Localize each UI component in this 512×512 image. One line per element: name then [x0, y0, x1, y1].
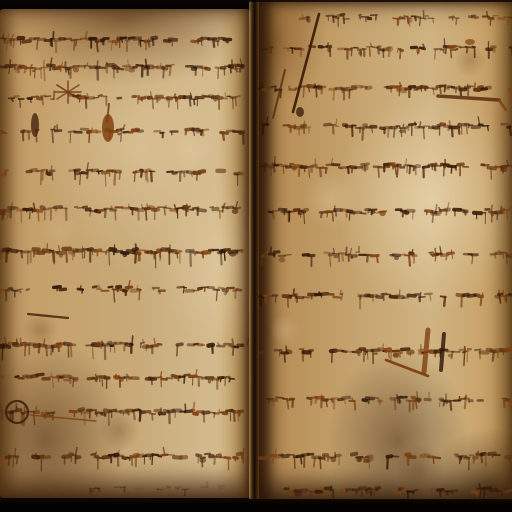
manuscript-photo: [0, 0, 512, 512]
black-border-bottom: [0, 499, 512, 512]
handwriting-overlay: [0, 0, 512, 512]
black-border-top: [0, 0, 248, 9]
black-border-top-right: [248, 0, 512, 2]
